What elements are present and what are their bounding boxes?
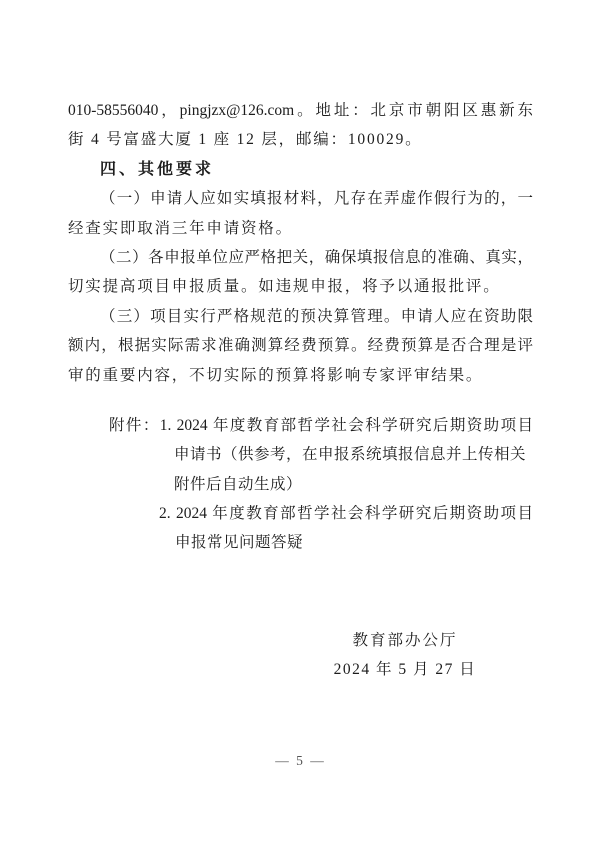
attachment-line-1: 附件：1. 2024 年度教育部哲学社会科学研究后期资助项目: [109, 411, 533, 440]
signature-block: 教育部办公厅 2024 年 5 月 27 日: [277, 626, 533, 685]
signature-date: 2024 年 5 月 27 日: [277, 655, 533, 684]
signature-issuer: 教育部办公厅: [277, 626, 533, 655]
spacer: [68, 558, 533, 626]
document-page: 010-58556040，pingjzx@126.com。地址：北京市朝阳区惠新…: [68, 96, 533, 685]
spacer: [68, 390, 533, 411]
requirement-item-2-line-2: 切实提高项目申报质量。如违规申报，将予以通报批评。: [68, 272, 533, 301]
attachment-line-4: 2. 2024 年度教育部哲学社会科学研究后期资助项目: [159, 499, 533, 528]
contact-line-2: 街 4 号富盛大厦 1 座 12 层，邮编：100029。: [68, 125, 533, 154]
requirement-item-1-line-2: 经查实即取消三年申请资格。: [68, 214, 533, 243]
contact-line-1: 010-58556040，pingjzx@126.com。地址：北京市朝阳区惠新…: [68, 96, 533, 125]
attachment-line-2: 申请书（供参考，在申报系统填报信息并上传相关: [174, 440, 533, 469]
requirement-item-3-line-1: （三）项目实行严格规范的预决算管理。申请人应在资助限: [68, 302, 533, 331]
requirement-item-1-line-1: （一）申请人应如实填报材料，凡存在弄虚作假行为的，一: [68, 184, 533, 213]
requirement-item-2-line-1: （二）各申报单位应严格把关，确保填报信息的准确、真实，: [68, 243, 533, 272]
page-number: — 5 —: [0, 753, 601, 769]
requirement-item-3-line-2: 额内，根据实际需求准确测算经费预算。经费预算是否合理是评: [68, 331, 533, 360]
attachment-line-5: 申报常见问题答疑: [175, 528, 533, 557]
attachment-line-3: 附件后自动生成）: [174, 470, 533, 499]
section-heading-other-requirements: 四、其他要求: [68, 155, 533, 184]
requirement-item-3-line-3: 审的重要内容，不切实际的预算将影响专家评审结果。: [68, 361, 533, 390]
